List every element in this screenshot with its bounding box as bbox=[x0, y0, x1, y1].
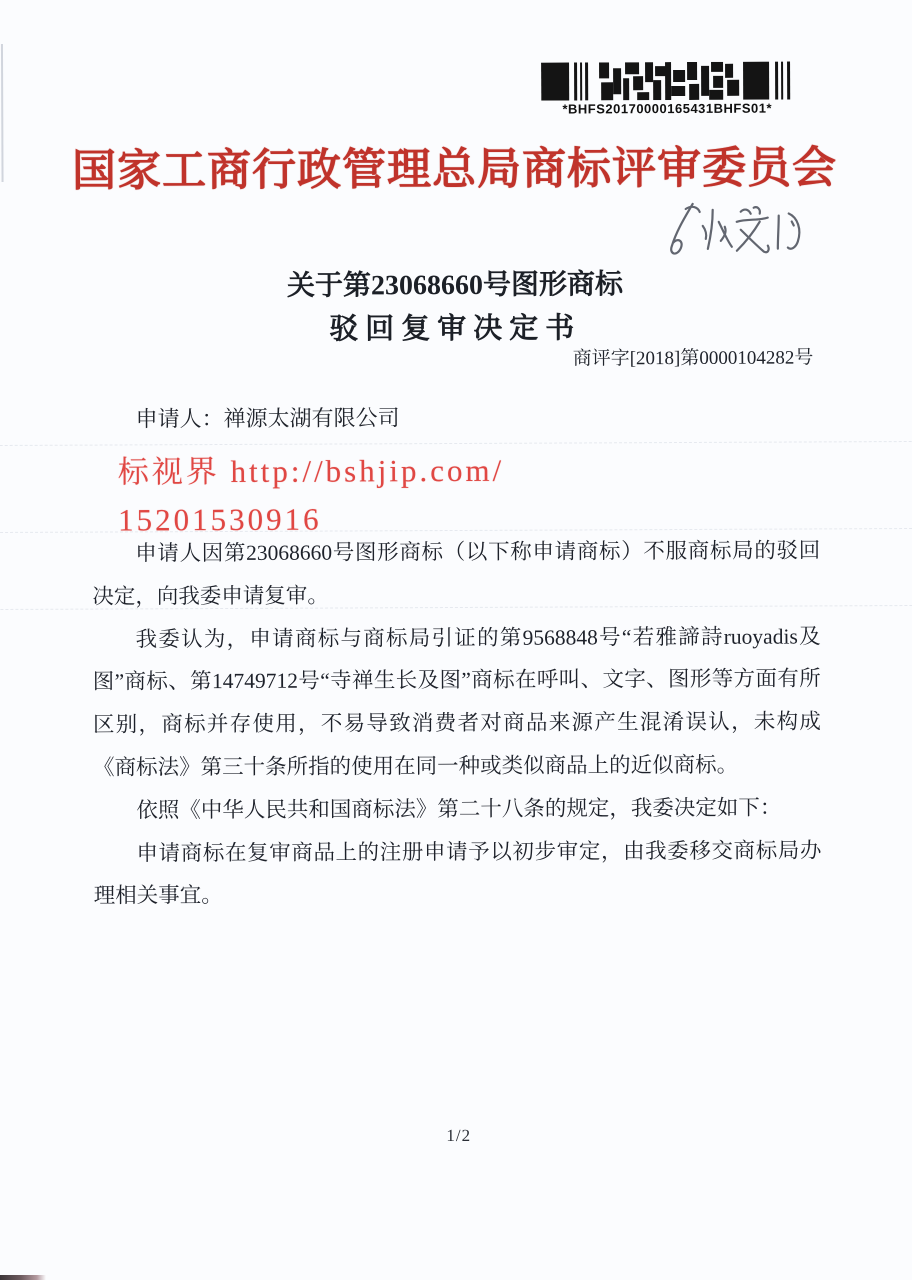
paragraph-2: 我委认为，申请商标与商标局引证的第9568848号“若雅諦詩ruoyadis及图… bbox=[92, 615, 821, 789]
paragraph-1: 申请人因第23068660号图形商标（以下称申请商标）不服商标局的驳回决定，向我… bbox=[92, 529, 820, 618]
watermark-site: 标视界 http://bshjip.com/ bbox=[118, 447, 505, 497]
barcode: *BHFS20170000165431BHFS01* bbox=[538, 62, 796, 117]
watermark: 标视界 http://bshjip.com/ 15201530916 bbox=[118, 447, 505, 545]
reference-number: 商评字[2018]第0000104282号 bbox=[573, 342, 814, 370]
document-body: 申请人因第23068660号图形商标（以下称申请商标）不服商标局的驳回决定，向我… bbox=[92, 529, 822, 917]
scan-bottom-edge bbox=[0, 1275, 46, 1280]
scan-noise-line bbox=[0, 441, 912, 446]
document-title-line1: 关于第23068660号图形商标 bbox=[0, 261, 911, 305]
paragraph-4: 申请商标在复审商品上的注册申请予以初步审定，由我委移交商标局办理相关事宜。 bbox=[93, 829, 821, 918]
organization-title: 国家工商行政管理总局商标评审委员会 bbox=[0, 131, 911, 199]
page-number: 1/2 bbox=[3, 1124, 912, 1148]
barcode-image bbox=[541, 62, 793, 101]
paragraph-3: 依照《中华人民共和国商标法》第二十八条的规定，我委决定如下： bbox=[93, 786, 821, 832]
barcode-text: *BHFS20170000165431BHFS01* bbox=[538, 101, 796, 117]
handwritten-annotation bbox=[661, 194, 811, 267]
applicant-line: 申请人：禅源太湖有限公司 bbox=[136, 401, 400, 433]
scanned-document-page: *BHFS20170000165431BHFS01* 国家工商行政管理总局商标评… bbox=[0, 0, 912, 1280]
